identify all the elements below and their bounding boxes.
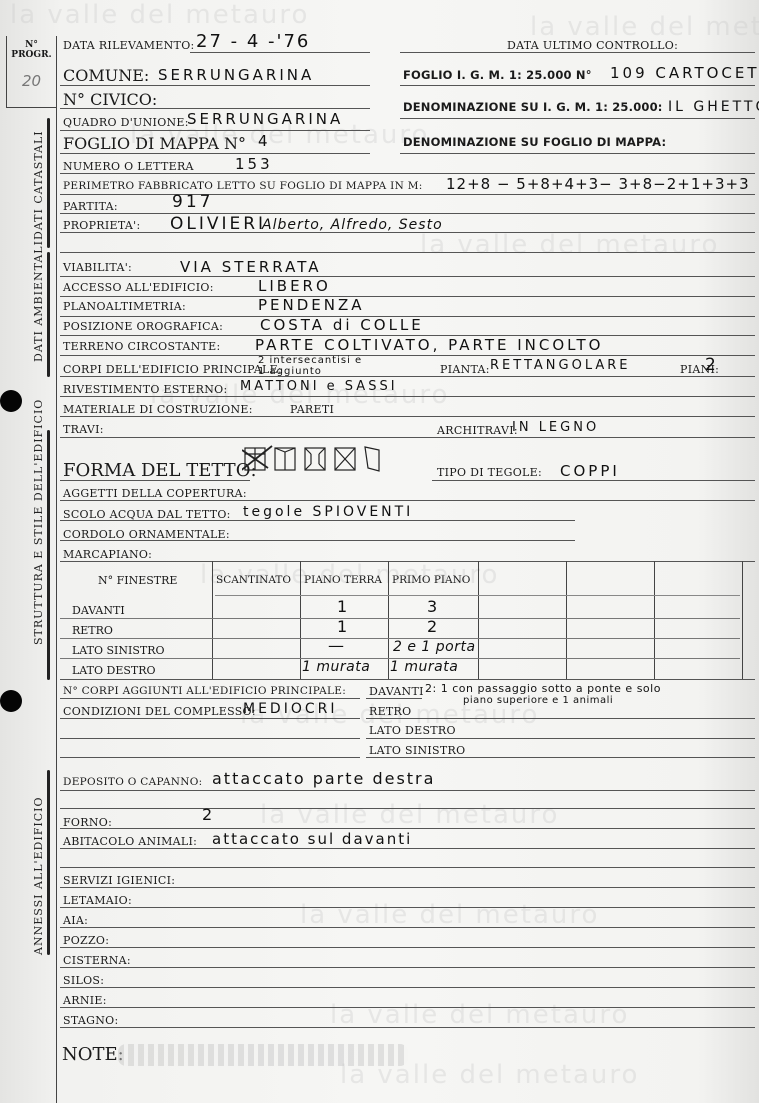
- deposito-label: DEPOSITO o CAPANNO:: [63, 776, 203, 788]
- pianta-label: PIANTA:: [440, 363, 490, 376]
- table-header-finestre: N° FINESTRE: [98, 574, 177, 587]
- scolo-value[interactable]: tegole SPIOVENTI: [243, 504, 413, 520]
- pozzo-label: POZZO:: [63, 934, 109, 947]
- primo-piano-cell[interactable]: 1 murata: [390, 659, 458, 675]
- section-label-ambientali: DATI AMBIENTALI: [32, 240, 45, 362]
- primo-piano-cell[interactable]: 3: [427, 597, 440, 616]
- row-label: DAVANTI: [72, 604, 125, 617]
- corpi-aggiunti-label: N° CORPI AGGIUNTI ALL'EDIFICIO PRINCIPAL…: [63, 685, 346, 697]
- corpi-label: CORPI DELL'EDIFICIO PRINCIPALE:: [63, 363, 282, 376]
- note-label: NOTE:: [62, 1044, 124, 1065]
- watermark: la valle del metauro: [300, 900, 599, 930]
- section-brace: [47, 430, 50, 680]
- corpi-retro-label: RETRO: [369, 705, 411, 718]
- viabilita-value[interactable]: VIA STERRATA: [180, 258, 321, 276]
- row-label: RETRO: [72, 624, 113, 637]
- primo-piano-cell[interactable]: 2 e 1 porta: [393, 639, 476, 655]
- silos-label: SILOS:: [63, 974, 104, 987]
- watermark: la valle del metauro: [420, 230, 719, 260]
- watermark: la valle del metauro: [10, 0, 309, 30]
- numero-value[interactable]: 153: [235, 155, 273, 173]
- watermark: la valle del metauro: [530, 12, 759, 42]
- planoaltimetria-value[interactable]: PENDENZA: [258, 296, 365, 314]
- table-header-primo-piano: PRIMO PIANO: [392, 574, 470, 586]
- roof-padiglione-crossed-icon[interactable]: [242, 446, 272, 472]
- section-label-catastali: DATI CATASTALI: [32, 130, 45, 240]
- deposito-value[interactable]: attaccato parte destra: [212, 769, 435, 788]
- binder-hole: [0, 390, 22, 412]
- forno-value[interactable]: 2: [202, 805, 215, 824]
- section-brace: [47, 770, 50, 955]
- partita-value[interactable]: 917: [172, 192, 213, 212]
- corpi-davanti-value-line1[interactable]: 2: 1 con passaggio sotto a ponte e solo: [425, 682, 661, 695]
- roof-shape-icons: [242, 444, 382, 474]
- section-brace: [47, 118, 50, 248]
- foglio-igm-value[interactable]: 109 CARTOCETO: [610, 64, 759, 82]
- roof-padiglione-icon[interactable]: [335, 448, 355, 470]
- roof-falda-unica-icon[interactable]: [365, 447, 379, 471]
- travi-label: TRAVI:: [63, 423, 104, 436]
- section-label-annessi: ANNESSI ALL'EDIFICIO: [32, 797, 45, 955]
- arnie-label: ARNIE:: [63, 994, 107, 1007]
- proprieta-value-names[interactable]: Alberto, Alfredo, Sesto: [262, 217, 443, 233]
- servizi-label: SERVIZI IGIENICI:: [63, 874, 175, 887]
- accesso-value[interactable]: LIBERO: [258, 277, 331, 295]
- stagno-label: STAGNO:: [63, 1014, 118, 1027]
- rivestimento-value[interactable]: MATTONI e SASSI: [240, 379, 398, 394]
- roof-capanna-icon[interactable]: [275, 448, 295, 470]
- proprieta-label: PROPRIETA':: [63, 219, 140, 232]
- terreno-value[interactable]: PARTE COLTIVATO, PARTE INCOLTO: [255, 336, 603, 354]
- watermark: la valle del metauro: [330, 1000, 629, 1030]
- rivestimento-label: RIVESTIMENTO ESTERNO:: [63, 383, 227, 396]
- piano-terra-cell[interactable]: 1 murata: [302, 659, 370, 675]
- quadro-unione-value[interactable]: SERRUNGARINA: [187, 110, 343, 128]
- perimetro-label: PERIMETRO FABBRICATO LETTO SU FOGLIO DI …: [63, 180, 423, 192]
- corpi-davanti-label: DAVANTI: [369, 685, 424, 698]
- corpi-value-line1[interactable]: 2 intersecantisi e: [258, 355, 362, 366]
- civico-label: N° CIVICO:: [63, 90, 157, 109]
- row-label: LATO DESTRO: [72, 664, 156, 677]
- accesso-label: ACCESSO ALL'EDIFICIO:: [63, 281, 214, 294]
- planoaltimetria-label: PLANOALTIMETRIA:: [63, 300, 186, 313]
- viabilita-label: VIABILITA':: [63, 261, 132, 274]
- partita-label: PARTITA:: [63, 200, 118, 213]
- corpi-lato-destro-label: LATO DESTRO: [369, 724, 456, 737]
- aggetti-label: AGGETTI DELLA COPERTURA:: [63, 487, 247, 500]
- denominazione-igm-value[interactable]: IL GHETTO: [668, 99, 759, 115]
- margin-line: [56, 36, 57, 1103]
- corpi-davanti-value-line2[interactable]: piano superiore e 1 animali: [463, 695, 613, 706]
- data-rilevamento-label: DATA RILEVAMENTO:: [63, 39, 195, 52]
- piano-terra-cell[interactable]: 1: [337, 617, 350, 636]
- table-header-scantinato: SCANTINATO: [216, 574, 291, 586]
- watermark: la valle del metauro: [260, 800, 559, 830]
- materiale-label: MATERIALE DI COSTRUZIONE:: [63, 403, 253, 416]
- letamaio-label: LETAMAIO:: [63, 894, 132, 907]
- data-ultimo-controllo-label: DATA ULTIMO CONTROLLO:: [507, 39, 678, 52]
- pianta-value[interactable]: RETTANGOLARE: [490, 358, 631, 373]
- section-brace: [47, 252, 50, 377]
- comune-label: COMUNE:: [63, 66, 149, 85]
- progr-box: N° PROGR. 20: [6, 36, 56, 108]
- piano-terra-cell[interactable]: —: [328, 636, 344, 655]
- condizioni-value[interactable]: MEDIOCRI: [243, 701, 338, 717]
- perimetro-value[interactable]: 12+8 − 5+8+4+3− 3+8−2+1+3+3: [446, 175, 750, 193]
- progr-label: PROGR.: [7, 50, 56, 60]
- numero-label: NUMERO o LETTERA: [63, 160, 194, 173]
- foglio-mappa-value[interactable]: 4: [258, 132, 271, 150]
- quadro-unione-label: QUADRO D'UNIONE:: [63, 116, 189, 129]
- tipo-tegole-value[interactable]: COPPI: [560, 462, 620, 480]
- abitacolo-label: ABITACOLO ANIMALI:: [63, 835, 197, 848]
- foglio-igm-label: FOGLIO I. G. M. 1: 25.000 N°: [403, 68, 592, 82]
- data-rilevamento-value[interactable]: 27 - 4 -'76: [196, 31, 310, 52]
- abitacolo-value[interactable]: attaccato sul davanti: [212, 830, 412, 848]
- piani-value[interactable]: 2: [705, 355, 719, 375]
- condizioni-label: CONDIZIONI DEL COMPLESSO:: [63, 705, 256, 718]
- cisterna-label: CISTERNA:: [63, 954, 131, 967]
- denominazione-igm-label: DENOMINAZIONE SU I. G. M. 1: 25.000:: [403, 100, 663, 114]
- piano-terra-cell[interactable]: 1: [337, 597, 350, 616]
- progr-label: N°: [7, 40, 56, 50]
- row-label: LATO SINISTRO: [72, 644, 165, 657]
- terreno-label: TERRENO CIRCOSTANTE:: [63, 340, 221, 353]
- posizione-label: POSIZIONE OROGRAFICA:: [63, 320, 223, 333]
- marcapiano-label: MARCAPIANO:: [63, 548, 152, 561]
- survey-form-page: la valle del metauro la valle del metaur…: [0, 0, 759, 1103]
- primo-piano-cell[interactable]: 2: [427, 617, 440, 636]
- denominazione-foglio-label: DENOMINAZIONE SU FOGLIO DI MAPPA:: [403, 135, 666, 149]
- binder-hole: [0, 690, 22, 712]
- posizione-value[interactable]: COSTA di COLLE: [260, 316, 424, 334]
- materiale-value: PARETI: [290, 403, 334, 416]
- aia-label: AIA:: [63, 914, 88, 927]
- forma-tetto-label: FORMA DEL TETTO:: [63, 460, 257, 481]
- table-header-piano-terra: PIANO TERRA: [304, 574, 382, 586]
- foglio-mappa-label: FOGLIO DI MAPPA N°: [63, 134, 246, 153]
- roof-doppia-falda-icon[interactable]: [305, 448, 325, 470]
- comune-value[interactable]: SERRUNGARINA: [158, 66, 314, 84]
- section-label-struttura: STRUTTURA E STILE DELL'EDIFICIO: [32, 399, 45, 645]
- architravi-label: ARCHITRAVI:: [437, 424, 518, 437]
- progr-value[interactable]: 20: [7, 72, 56, 90]
- note-value-erased[interactable]: [118, 1044, 408, 1066]
- corpi-lato-sinistro-label: LATO SINISTRO: [369, 744, 465, 757]
- architravi-value[interactable]: IN LEGNO: [512, 420, 599, 435]
- proprieta-value-surname[interactable]: OLIVIERI: [170, 214, 266, 234]
- tipo-tegole-label: TIPO DI TEGOLE:: [437, 466, 542, 479]
